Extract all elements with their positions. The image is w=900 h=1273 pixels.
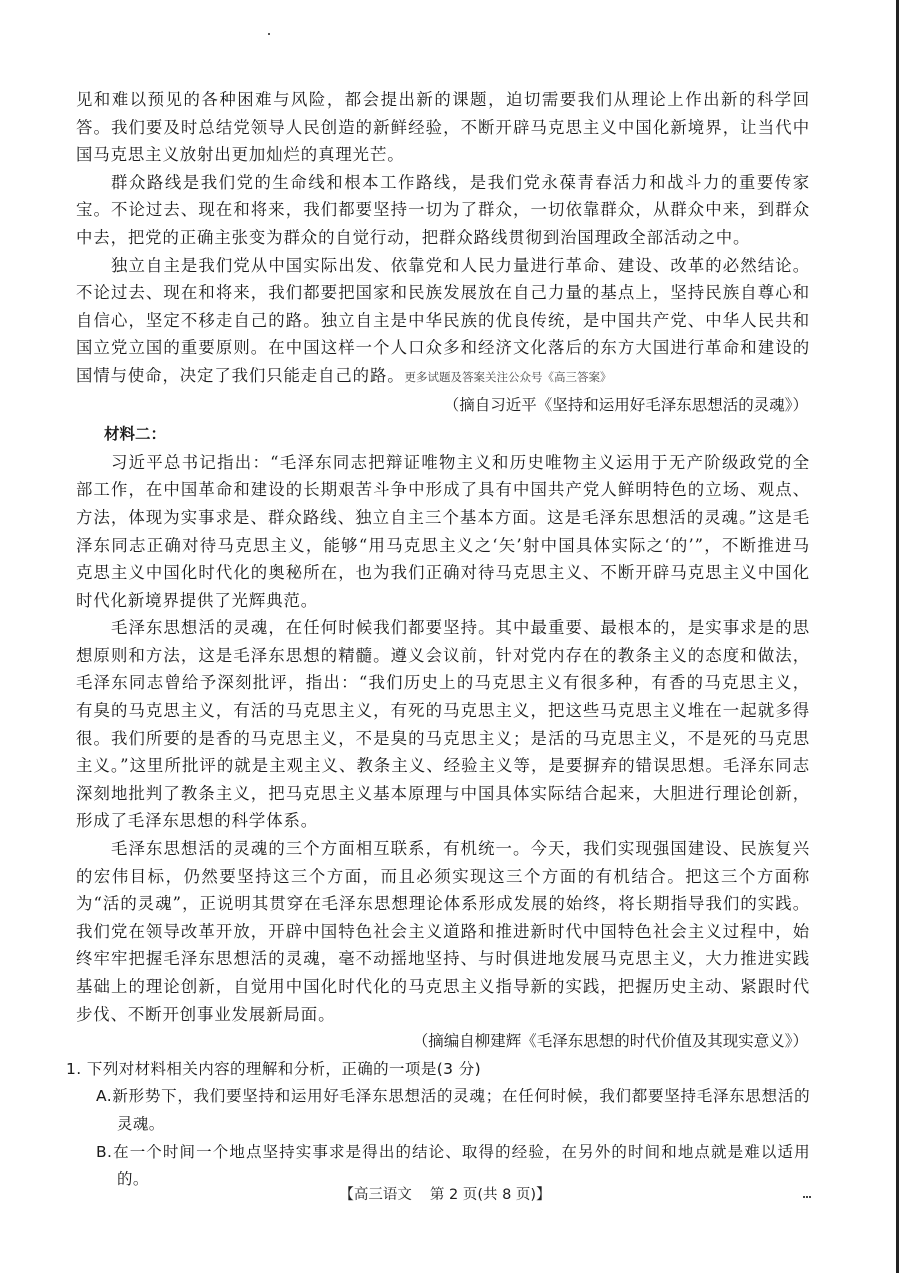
scan-border (896, 0, 899, 1273)
option-a-label: A. (96, 1087, 112, 1105)
attribution-material-1: （摘自习近平《坚持和运用好毛泽东思想活的灵魂》） (76, 392, 810, 420)
paragraph-1: 见和难以预见的各种困难与风险，都会提出新的课题，迫切需要我们从理论上作出新的科学… (76, 86, 810, 169)
paragraph-4: 习近平总书记指出：“毛泽东同志把辩证唯物主义和历史唯物主义运用于无产阶级政党的全… (76, 449, 810, 615)
footer-left-bracket: 【 (339, 1187, 354, 1203)
footer-right-bracket: 】 (536, 1187, 551, 1203)
scan-speck (268, 33, 270, 35)
question-1-option-a: A.新形势下，我们要坚持和运用好毛泽东思想活的灵魂；在任何时候，我们都要坚持毛泽… (78, 1083, 810, 1138)
paragraph-3-text: 独立自主是我们党从中国实际出发、依靠党和人民力量进行革命、建设、改革的必然结论。… (76, 256, 810, 385)
question-1-stem: 1. 下列对材料相关内容的理解和分析，正确的一项是(3 分) (66, 1056, 810, 1084)
watermark-note: 更多试题及答案关注公众号《高三答案》 (405, 370, 612, 384)
option-b-text: 在一个时间一个地点坚持实事求是得出的结论、取得的经验，在另外的时间和地点就是难以… (112, 1143, 810, 1189)
option-b-label: B. (96, 1143, 112, 1161)
scan-mark (803, 1196, 811, 1200)
exam-page-body: 见和难以预见的各种困难与风险，都会提出新的课题，迫切需要我们从理论上作出新的科学… (76, 86, 810, 1194)
footer-subject: 高三语文 (354, 1187, 412, 1203)
page-footer: 【高三语文第 2 页(共 8 页)】 (0, 1183, 900, 1204)
footer-page-info: 第 2 页(共 8 页) (430, 1187, 536, 1203)
paragraph-6: 毛泽东思想活的灵魂的三个方面相互联系，有机统一。今天，我们实现强国建设、民族复兴… (76, 835, 810, 1028)
paragraph-3: 独立自主是我们党从中国实际出发、依靠党和人民力量进行革命、建设、改革的必然结论。… (76, 252, 810, 392)
paragraph-2: 群众路线是我们党的生命线和根本工作路线，是我们党永葆青春活力和战斗力的重要传家宝… (76, 169, 810, 252)
paragraph-5: 毛泽东思想活的灵魂，在任何时候我们都要坚持。其中最重要、最根本的，是实事求是的思… (76, 614, 810, 835)
attribution-material-2: （摘编自柳建辉《毛泽东思想的时代价值及其现实意义》） (76, 1028, 810, 1056)
option-a-text: 新形势下，我们要坚持和运用好毛泽东思想活的灵魂；在任何时候，我们都要坚持毛泽东思… (112, 1087, 810, 1133)
material-2-heading: 材料二： (76, 421, 810, 449)
